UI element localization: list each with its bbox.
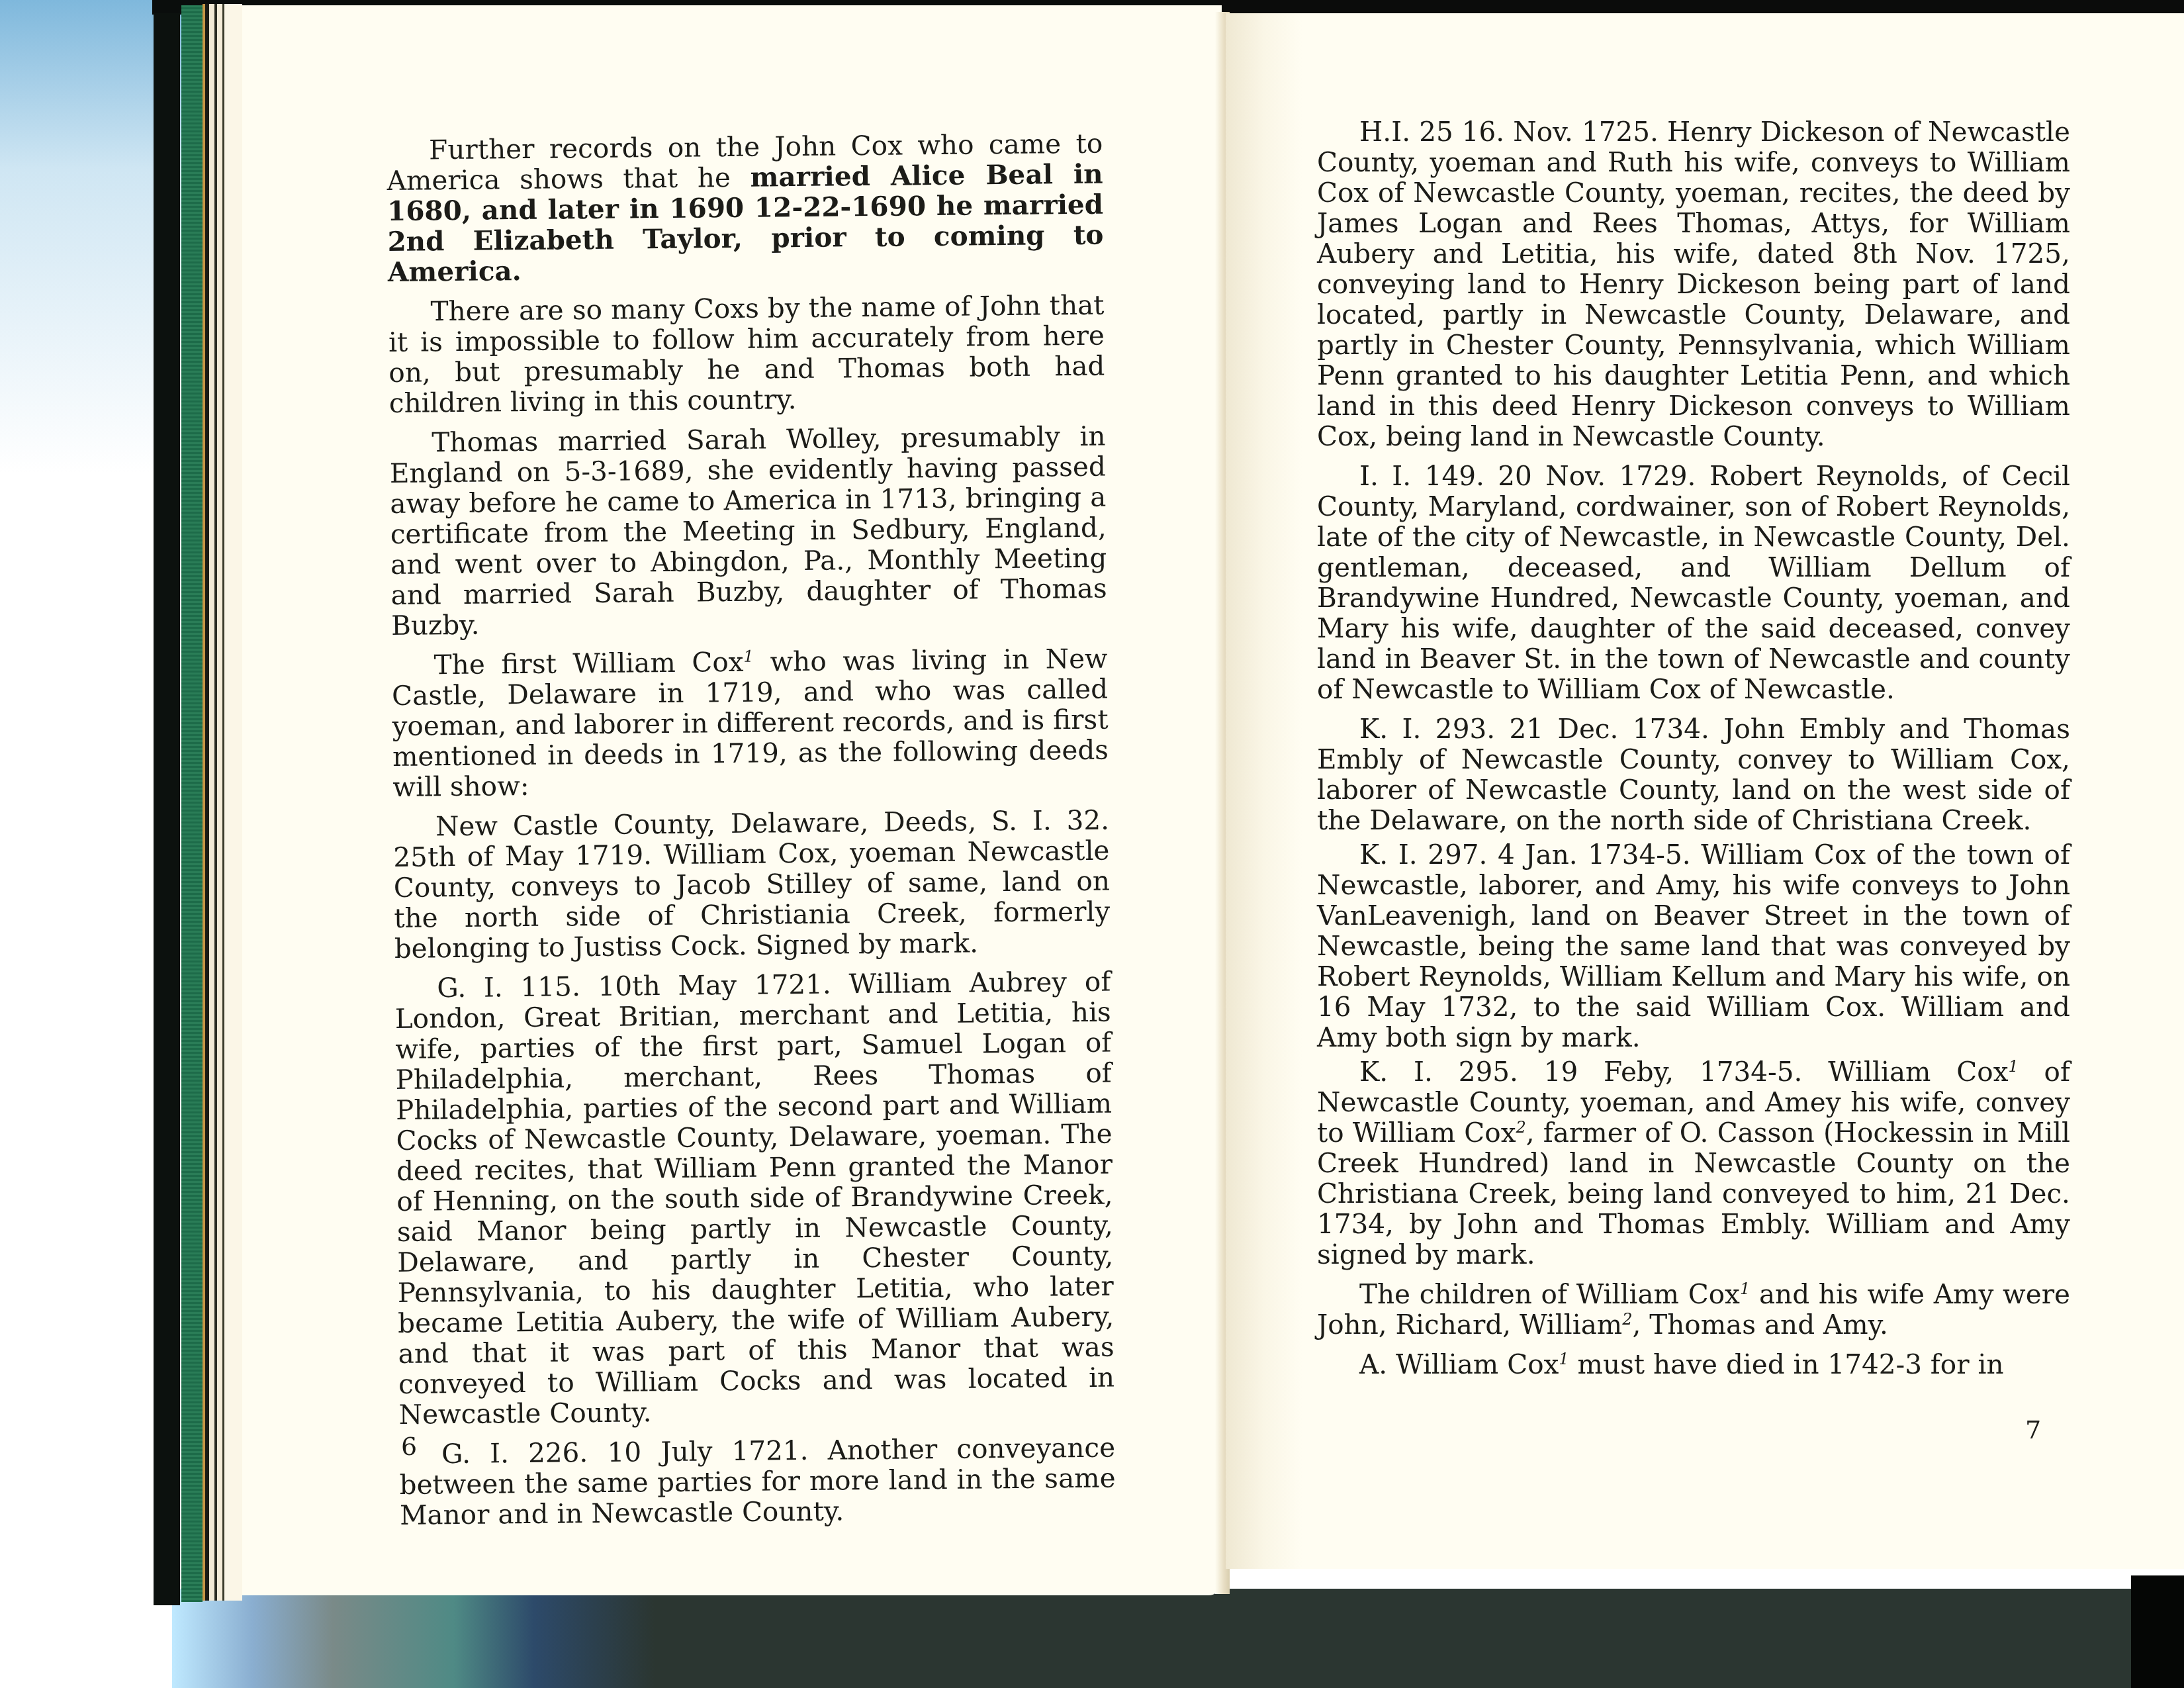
paragraph: H.I. 25 16. Nov. 1725. Henry Dickeson of… [1317, 117, 2070, 451]
book-top-edge-right [1218, 0, 2184, 13]
book-cover-board [154, 13, 180, 1605]
right-page: H.I. 25 16. Nov. 1725. Henry Dickeson of… [1226, 13, 2184, 1569]
paragraph: New Castle County, Delaware, Deeds, S. I… [393, 805, 1111, 964]
scan-corner-shadow [2131, 1575, 2184, 1688]
paragraph-text: must have died in 1742-3 for in [1569, 1348, 2004, 1380]
paragraph-text: A. William Cox [1359, 1348, 1559, 1380]
paragraph: The first William Cox1 who was living in… [391, 643, 1109, 802]
paragraph: There are so many Coxs by the name of Jo… [388, 290, 1105, 418]
paragraph-text: K. I. 295. 19 Feby, 1734-5. William Cox [1359, 1056, 2009, 1088]
paragraph: A. William Cox1 must have died in 1742-3… [1317, 1349, 2070, 1380]
page-edges [203, 4, 242, 1601]
paragraph: K. I. 295. 19 Feby, 1734-5. William Cox1… [1317, 1056, 2070, 1270]
scan-bottom-shadow [172, 1589, 2184, 1688]
paragraph: I. I. 149. 20 Nov. 1729. Robert Reynolds… [1317, 461, 2070, 704]
paragraph: Thomas married Sarah Wolley, presumably … [389, 421, 1107, 641]
page-number: 6 [401, 1432, 417, 1461]
paragraph: The children of William Cox1 and his wif… [1317, 1279, 2070, 1340]
generation-superscript: 1 [2009, 1057, 2019, 1076]
left-page: Further records on the John Cox who came… [242, 5, 1222, 1595]
generation-superscript: 2 [1516, 1118, 1526, 1137]
left-page-text: Further records on the John Cox who came… [387, 128, 1116, 1540]
paragraph: G. I. 115. 10th May 1721. William Aubrey… [394, 966, 1115, 1430]
green-cloth-binding [181, 5, 203, 1602]
generation-superscript: 1 [743, 647, 754, 666]
paragraph: K. I. 293. 21 Dec. 1734. John Embly and … [1317, 714, 2070, 835]
paragraph: G. I. 226. 10 July 1721. Another conveya… [399, 1432, 1116, 1530]
paragraph-text: The first William Cox [433, 646, 743, 680]
paragraph-text: , Thomas and Amy. [1632, 1309, 1888, 1340]
paragraph-text: The children of William Cox [1359, 1278, 1740, 1310]
paragraph: K. I. 297. 4 Jan. 1734-5. William Cox of… [1317, 839, 2070, 1053]
paragraph: Further records on the John Cox who came… [387, 128, 1104, 287]
generation-superscript: 1 [1559, 1350, 1569, 1368]
right-page-text: H.I. 25 16. Nov. 1725. Henry Dickeson of… [1317, 117, 2070, 1389]
generation-superscript: 2 [1622, 1310, 1632, 1329]
generation-superscript: 1 [1740, 1280, 1750, 1298]
page-number: 7 [2025, 1415, 2041, 1444]
